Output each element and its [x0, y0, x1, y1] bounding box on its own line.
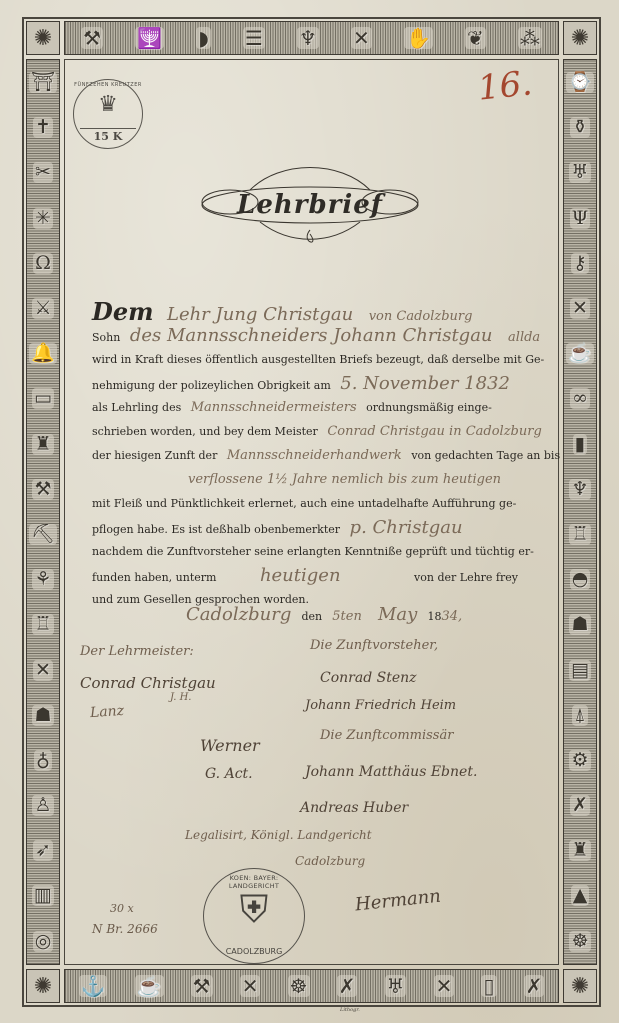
printed-text: ordnungsmäßig einge-: [366, 401, 492, 414]
anchor-tool-icon: ⚓: [79, 975, 108, 997]
comb-icon: ▥: [32, 885, 54, 906]
date-line: Cadolzburg den 5ten May 1834,: [180, 604, 462, 625]
stack-icon: ▲: [571, 885, 590, 906]
grinder-icon: ♖: [569, 524, 590, 545]
body-line: Dem Lehr Jung Christgau von Cadolzburg: [92, 300, 552, 324]
frame-bottom-band: ⚓ ☕ ⚒ ✕ ☸ ✗ ♅ ✕ ▯ ✗: [64, 969, 559, 1003]
margin-note-fee: 30 x: [110, 902, 134, 915]
judge-signature: Hermann: [354, 886, 442, 916]
handwritten-entry: von Cadolzburg: [369, 309, 473, 324]
shoe-soles-icon: ☰: [243, 27, 265, 49]
clock-icon: ⌚: [566, 72, 594, 93]
printed-text: nehmigung der polizeylichen Obrigkeit am: [92, 379, 331, 392]
court-seal-place: CADOLZBURG: [204, 947, 304, 956]
guild-signature: Johann Friedrich Heim: [305, 698, 456, 713]
ship-wheel-icon: ☸: [288, 975, 310, 997]
lantern-icon: ♜: [569, 840, 590, 861]
handwritten-entry: heutigen: [260, 565, 341, 586]
crossed-pipes-icon: ✗: [570, 795, 590, 816]
commissioner-signature: Werner: [200, 736, 260, 755]
crucifix-icon: ✝: [33, 117, 53, 138]
coffee-pot-icon: ☕: [566, 343, 594, 364]
pretzel-icon: ∞: [570, 388, 590, 409]
frame-left-band: ⛩ ✝ ✂ ✳ Ω ⚔ 🔔 ▭ ♜ ⚒ ⛏ ⚘ ♖ ✕ ☗ ♁ ♙ ➶ ▥ ◎: [26, 59, 60, 965]
official-signature: Andreas Huber: [300, 800, 408, 816]
shrine-icon: ⛩: [29, 72, 57, 93]
body-line: schrieben worden, und bey dem Meister Co…: [92, 420, 552, 444]
slipper-last-icon: ◗: [196, 27, 211, 49]
tuning-fork-icon: Ψ: [570, 208, 591, 229]
date-year-printed: 18: [427, 610, 441, 623]
cart-wheel-icon: ☸: [569, 931, 590, 952]
scissors-icon: ✂: [33, 162, 53, 183]
tax-stamp-inscription: FÜNFZEHEN KREUTZER: [74, 82, 142, 88]
frame-top-band: ⚒ 🕎 ◗ ☰ ♆ ✕ ✋ ❦ ⁂: [64, 21, 559, 55]
body-line: funden haben, unterm heutigen von der Le…: [92, 564, 552, 588]
frame-right-band: ⌚ ⚱ ♅ Ψ ⚷ ✕ ☕ ∞ ▮ ♆ ♖ ◓ ☗ ▤ ⍋ ⚙ ✗ ♜ ▲ ☸: [563, 59, 597, 965]
crossed-tools-icon: ✳: [33, 208, 53, 229]
clerk-signature: Johann Matthäus Ebnet.: [305, 764, 477, 780]
printed-text: schrieben worden, und bey dem Meister: [92, 425, 318, 438]
date-day: 5ten: [332, 609, 362, 624]
fruit-cluster-icon: ⁂: [518, 27, 542, 49]
handwritten-entry: verflossene 1½ Jahre nemlich bis zum heu…: [188, 472, 501, 487]
rake-icon: ⚘: [32, 569, 53, 590]
bucket-icon: ▭: [32, 388, 54, 409]
crossed-pickaxes-icon: ⛏: [29, 524, 57, 545]
hide-icon: ▮: [573, 434, 587, 455]
master-signature: Conrad Christgau: [80, 674, 216, 692]
horn-icon: ➶: [33, 840, 53, 861]
beehive-icon: ☗: [32, 705, 53, 726]
date-printed: den: [302, 610, 323, 623]
crossed-keys-icon: ⚷: [571, 253, 589, 274]
legalisation-place: Cadolzburg: [295, 854, 365, 868]
body-line: nehmigung der polizeylichen Obrigkeit am…: [92, 372, 552, 396]
body-line: Sohn des Mannsschneiders Johann Christga…: [92, 324, 552, 348]
title-cartouche: Lehrbrief: [190, 160, 430, 250]
millstone-icon: ◎: [33, 931, 54, 952]
master-heading: Der Lehrmeister:: [80, 644, 194, 659]
handwritten-entry: Mannsschneiderhandwerk: [227, 448, 402, 463]
crossed-spindles-icon: ✗: [337, 975, 358, 997]
margin-note-register: N Br. 2666: [92, 922, 158, 936]
body-line: als Lehrling des Mannsschneidermeisters …: [92, 396, 552, 420]
book-block-icon: ▯: [481, 975, 496, 997]
crossed-swords-icon: ⚔: [32, 298, 53, 319]
handwritten-entry: p. Christgau: [350, 517, 463, 538]
handwritten-entry: Lehr Jung Christgau: [167, 304, 353, 325]
body-line: mit Fleiß und Pünktlichkeit erlernet, au…: [92, 492, 552, 516]
crown-crossed-swords-icon: ♛: [74, 92, 142, 117]
glove-icon: ✋: [404, 27, 433, 49]
certificate-body: Dem Lehr Jung Christgau von Cadolzburg S…: [92, 300, 552, 612]
rosette-icon: ✺: [26, 21, 60, 55]
handwritten-entry: Mannsschneidermeisters: [191, 400, 357, 415]
printed-text: nachdem die Zunftvorsteher seine erlangt…: [92, 545, 534, 558]
handwritten-entry: des Mannsschneiders Johann Christgau: [130, 325, 493, 346]
rosette-icon: ✺: [563, 969, 597, 1003]
printed-text: der hiesigen Zunft der: [92, 449, 217, 462]
handwritten-entry: allda: [508, 330, 540, 345]
crossed-tongs-icon: ✕: [434, 975, 455, 997]
brush-basket-icon: ♆: [297, 27, 319, 49]
candelabra-icon: 🕎: [135, 27, 164, 49]
handwritten-entry: 5. November 1832: [340, 373, 510, 394]
rosette-icon: ✺: [26, 969, 60, 1003]
body-line: der hiesigen Zunft der Mannsschneiderhan…: [92, 444, 552, 468]
crossed-rolling-pins-icon: ✕: [351, 27, 372, 49]
printer-mark: Lithogr.: [340, 1007, 360, 1013]
barrel-icon: ▤: [569, 660, 591, 681]
date-month: May: [378, 604, 417, 625]
sheet-number: 16.: [476, 63, 534, 108]
tankard-icon: ☕: [135, 975, 164, 997]
crossed-axes-icon: ⚒: [32, 479, 53, 500]
body-line: wird in Kraft dieses öffentlich ausgeste…: [92, 348, 552, 372]
bell-icon: 🔔: [29, 343, 57, 364]
printed-text: von gedachten Tage an bis: [411, 449, 560, 462]
chalice-icon: ♅: [385, 975, 407, 997]
legalisation-note: Legalisirt, Königl. Landgericht: [185, 828, 372, 842]
printed-text: von der Lehre frey: [414, 571, 518, 584]
bottle-icon: ♙: [32, 795, 53, 816]
rosette-icon: ✺: [563, 21, 597, 55]
scribble: Lanz: [89, 703, 124, 721]
broom-icon: ⍋: [572, 705, 587, 726]
crossed-oars-icon: ✕: [240, 975, 261, 997]
signature-block: Cadolzburg den 5ten May 1834, Der Lehrme…: [80, 600, 550, 940]
printed-text: Dem: [92, 297, 153, 326]
saddle-icon: ◓: [570, 569, 591, 590]
handwritten-entry: Conrad Christgau in Cadolzburg: [327, 424, 541, 439]
printed-text: Sohn: [92, 331, 120, 344]
trowel-basket-icon: ♆: [569, 479, 590, 500]
printed-text: wird in Kraft dieses öffentlich ausgeste…: [92, 353, 544, 366]
printed-text: mit Fleiß und Pünktlichkeit erlernet, au…: [92, 497, 516, 510]
act-note: G. Act.: [205, 766, 253, 782]
crossed-pistols-icon: ✕: [570, 298, 590, 319]
document-title: Lehrbrief: [237, 190, 383, 220]
press-icon: ♖: [32, 614, 53, 635]
printed-text: pflogen habe. Es ist deßhalb obenbemerkt…: [92, 523, 340, 536]
body-line: verflossene 1½ Jahre nemlich bis zum heu…: [92, 468, 552, 492]
spinning-wheel-icon: ⚙: [569, 750, 590, 771]
saddle-tree-icon: ♅: [569, 162, 590, 183]
guild-heading: Die Zunftvorsteher,: [310, 638, 438, 653]
scribble: J. H.: [170, 692, 192, 703]
wheat-loaves-icon: ❦: [465, 27, 486, 49]
crossed-hammers-icon: ✕: [33, 660, 53, 681]
tax-stamp-value: 15 K: [74, 130, 142, 143]
crossed-saw-hammer-icon: ⚒: [191, 975, 213, 997]
tax-stamp-divider: [80, 128, 136, 129]
printed-text: funden haben, unterm: [92, 571, 216, 584]
crossed-chisels-icon: ✗: [524, 975, 545, 997]
urn-icon: ⚱: [570, 117, 590, 138]
court-seal: KOEN: BAYER: LANDGERICHT ⛨ CADOLZBURG: [203, 868, 305, 964]
armour-icon: ♜: [32, 434, 53, 455]
printed-text: als Lehrling des: [92, 401, 181, 414]
body-line: pflogen habe. Es ist deßhalb obenbemerkt…: [92, 516, 552, 540]
document-sheet: ✺ ✺ ✺ ✺ ⚒ 🕎 ◗ ☰ ♆ ✕ ✋ ❦ ⁂ ⚓ ☕ ⚒ ✕ ☸: [0, 0, 619, 1023]
body-line: nachdem die Zunftvorsteher seine erlangt…: [92, 540, 552, 564]
date-year-hand: 34,: [441, 609, 462, 624]
tax-stamp: FÜNFZEHEN KREUTZER ♛ 15 K: [73, 79, 143, 149]
crossed-axes-icon: ⚒: [81, 27, 103, 49]
bavarian-coat-of-arms-icon: ⛨: [204, 887, 304, 932]
commissioner-heading: Die Zunftcommissär: [320, 728, 453, 743]
mortar-icon: ♁: [34, 750, 52, 771]
guild-signature: Conrad Stenz: [320, 670, 417, 686]
horseshoe-tools-icon: Ω: [33, 253, 53, 274]
date-place: Cadolzburg: [186, 604, 291, 625]
hat-icon: ☗: [569, 614, 590, 635]
